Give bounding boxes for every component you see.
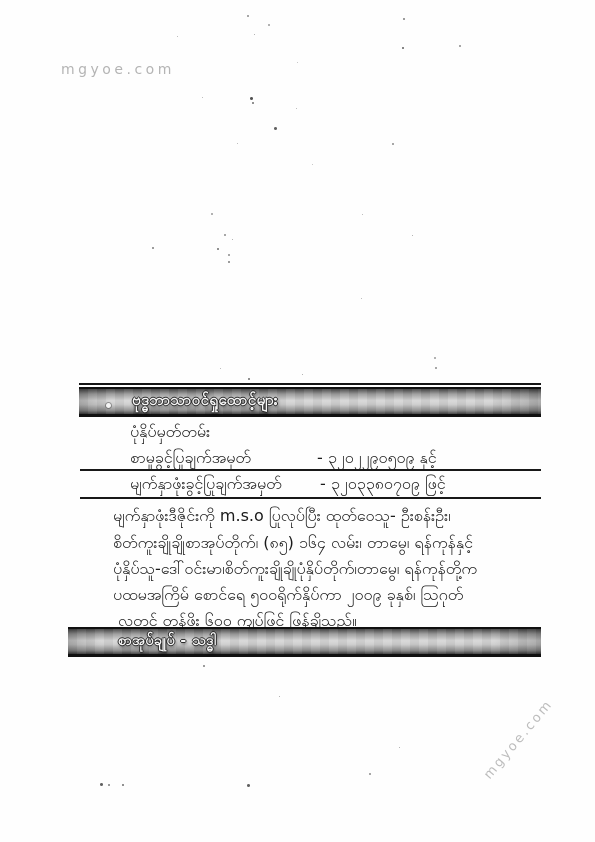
- scan-speck: [177, 36, 178, 37]
- scan-speck: [220, 368, 221, 369]
- colophon-line: စိတ်ကူးချိုချိုစာအုပ်တိုက်၊ (၈၅) ၁၆၄ လမ်…: [113, 531, 473, 555]
- colophon-line: မျက်နှာဖုံးဒီဇိုင်းကို m.s.o ပြုလုပ်ပြီး…: [113, 504, 451, 528]
- scan-speck: [297, 62, 298, 63]
- scan-speck: [217, 248, 219, 250]
- scan-speck: [252, 102, 254, 104]
- watermark-top-left: mgyoe.com: [61, 62, 175, 78]
- header-band-top-rule: [79, 383, 541, 385]
- scan-speck: [250, 97, 253, 100]
- band-speck-dot: [106, 403, 111, 408]
- permit-row-label: မျက်နှာဖုံးခွင့်ပြုချက်အမှတ်: [130, 472, 282, 496]
- scan-speck: [362, 214, 363, 215]
- scan-speck: [100, 783, 103, 786]
- scan-speck: [268, 24, 270, 26]
- scan-speck: [228, 261, 230, 263]
- divider-rule: [80, 469, 541, 471]
- scan-speck: [361, 298, 362, 299]
- header-band-title: ဗုဒ္ဓဘာသာဝင်ရှုထောင့်များ: [132, 391, 278, 413]
- scan-speck: [152, 247, 154, 249]
- scan-speck: [459, 45, 461, 47]
- scan-speck: [202, 97, 203, 98]
- scan-speck: [392, 143, 394, 145]
- scan-speck: [369, 773, 371, 775]
- scan-speck: [248, 378, 250, 380]
- scan-speck: [247, 15, 249, 17]
- scan-speck: [412, 235, 413, 236]
- scanned-page: mgyoe.com mgyoe.com ဗုဒ္ဓဘာသာဝင်ရှုထောင့…: [0, 0, 595, 842]
- scan-speck: [312, 164, 313, 165]
- print-record-heading: ပုံနှိပ်မှတ်တမ်း: [130, 420, 210, 444]
- scan-speck: [434, 357, 436, 359]
- scan-speck: [296, 108, 297, 109]
- colophon-line: ပထမအကြိမ် စောင်ရေ ၅၀၀ရိုက်နှိပ်ကာ ၂၀၀၉ ခ…: [113, 583, 463, 607]
- scan-speck: [302, 374, 303, 375]
- scan-speck: [399, 747, 400, 748]
- scan-speck: [254, 34, 255, 35]
- footer-band-title: စာအုပ်ချုပ် - သဒ္ဓါ: [118, 631, 216, 652]
- scan-speck: [122, 784, 124, 786]
- scan-speck: [274, 127, 277, 130]
- permit-row-value: - ၃၂၀၂၂၉၀၅၀၉ နှင့်: [317, 446, 437, 470]
- scan-speck: [224, 234, 226, 236]
- scan-speck: [203, 665, 205, 667]
- scan-speck: [228, 254, 230, 256]
- scan-speck: [211, 213, 213, 215]
- permit-row-label: စာမူခွင့်ပြုချက်အမှတ်: [130, 446, 251, 470]
- divider-rule: [80, 497, 541, 499]
- scan-speck: [232, 239, 233, 240]
- footer-band: စာအုပ်ချုပ် - သဒ္ဓါ: [68, 627, 541, 657]
- colophon-line: ပုံနှိပ်သူ-ဒေါ်ဝင်းမာ၊စိတ်ကူးချိုချိုပုံ…: [113, 557, 477, 581]
- scan-speck: [108, 784, 110, 786]
- scan-speck: [402, 47, 404, 49]
- permit-row-value: - ၃၂၀၃၃၈၀၇၀၉ ဖြင့်: [320, 472, 446, 496]
- scan-speck: [403, 18, 405, 20]
- scan-speck: [435, 367, 437, 369]
- watermark-bottom-right: mgyoe.com: [481, 697, 556, 782]
- scan-speck: [279, 696, 280, 697]
- scan-speck: [247, 784, 250, 787]
- scan-speck: [237, 143, 238, 144]
- header-band: ဗုဒ္ဓဘာသာဝင်ရှုထောင့်များ: [79, 387, 541, 417]
